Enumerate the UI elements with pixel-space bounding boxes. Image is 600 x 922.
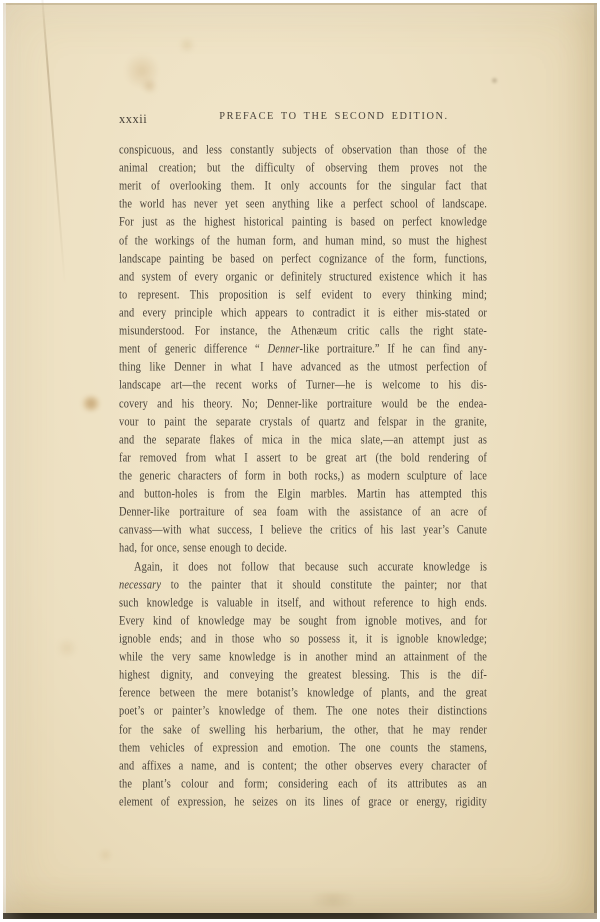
running-head: xxxii PREFACE TO THE SECOND EDITION. xyxy=(119,111,487,127)
fox-spot xyxy=(179,37,195,53)
fox-spot xyxy=(98,849,113,861)
fox-spot xyxy=(82,396,100,411)
scan-edge-top xyxy=(3,3,597,5)
fox-spot xyxy=(55,639,79,657)
scan-frame: xxxii PREFACE TO THE SECOND EDITION. con… xyxy=(0,0,600,922)
fox-spot xyxy=(141,79,158,93)
scan-edge-right xyxy=(594,3,597,914)
scan-edge-bottom xyxy=(3,913,597,919)
scan-edge-left xyxy=(3,3,6,914)
fox-spot xyxy=(126,51,158,91)
running-title: PREFACE TO THE SECOND EDITION. xyxy=(150,111,518,122)
paper-crease xyxy=(41,0,66,284)
text-line: element of expression, he seizes on its … xyxy=(119,792,487,814)
fox-spot xyxy=(303,893,363,907)
page-number: xxxii xyxy=(119,112,147,127)
text-block: conspicuous, and less constantly subject… xyxy=(119,142,487,812)
book-page: xxxii PREFACE TO THE SECOND EDITION. con… xyxy=(3,3,597,919)
fox-spot xyxy=(491,77,498,84)
